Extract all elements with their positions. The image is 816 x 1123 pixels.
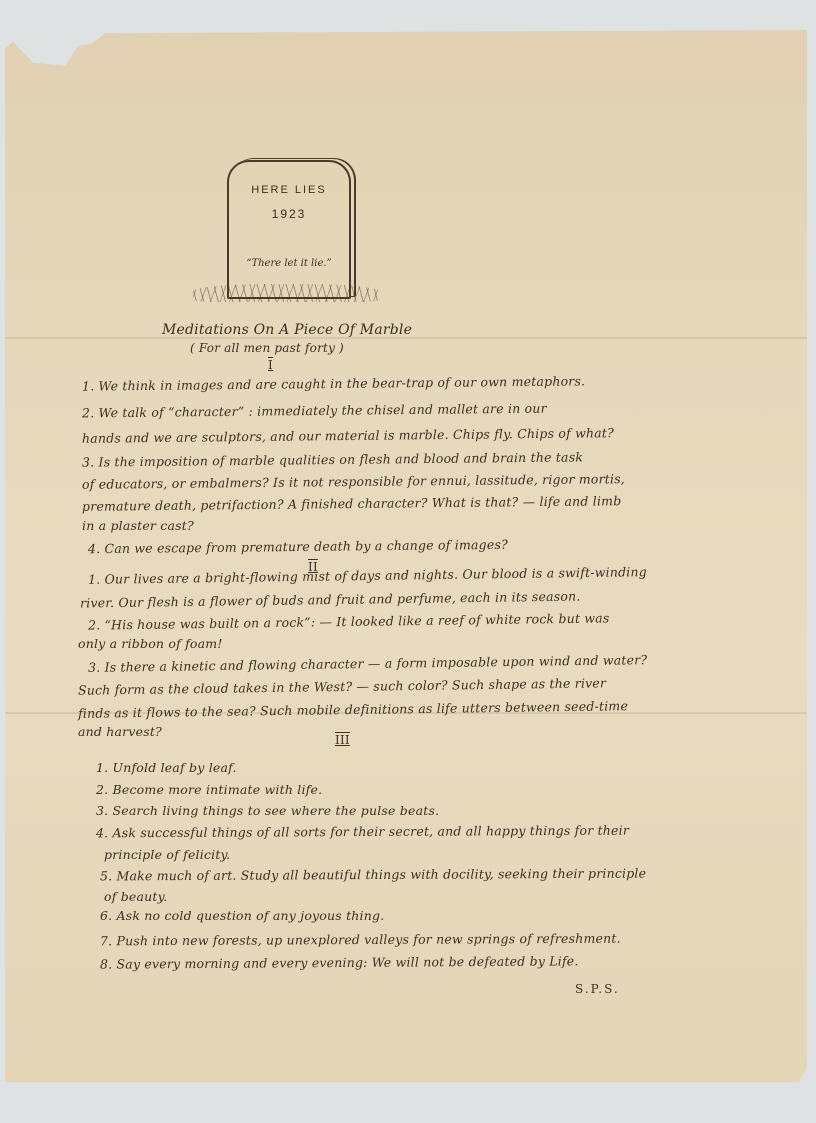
section-3-line: 6. Ask no cold question of any joyous th… [100,908,384,923]
section-2-line: only a ribbon of foam! [78,636,223,651]
section-3-line: 4. Ask successful things of all sorts fo… [96,823,629,841]
document-subtitle: ( For all men past forty ) [190,341,344,355]
section-2-line: and harvest? [78,724,162,739]
grass-sketch [193,284,379,302]
section-3-line: 5. Make much of art. Study all beautiful… [100,866,646,884]
section-numeral-1: I [268,358,273,372]
section-3-line: 7. Push into new forests, up unexplored … [100,931,621,949]
signature: S.P.S. [575,982,620,996]
tombstone-year: 1923 [229,207,349,221]
section-3-line: 1. Unfold leaf by leaf. [96,760,237,775]
tombstone-sketch: HERE LIES 1923 “There let it lie.” [227,160,351,299]
document-title: Meditations On A Piece Of Marble [162,322,412,338]
tombstone-epitaph: “There let it lie.” [233,258,345,269]
manuscript-page [5,30,807,1082]
section-1-line: in a plaster cast? [82,518,194,533]
section-numeral-3: III [335,733,350,747]
section-3-line: 3. Search living things to see where the… [96,803,439,818]
section-3-line: of beauty. [104,889,167,904]
section-3-line: 2. Become more intimate with life. [96,782,322,797]
tombstone-text: HERE LIES [229,184,349,196]
section-3-line: principle of felicity. [104,847,230,862]
